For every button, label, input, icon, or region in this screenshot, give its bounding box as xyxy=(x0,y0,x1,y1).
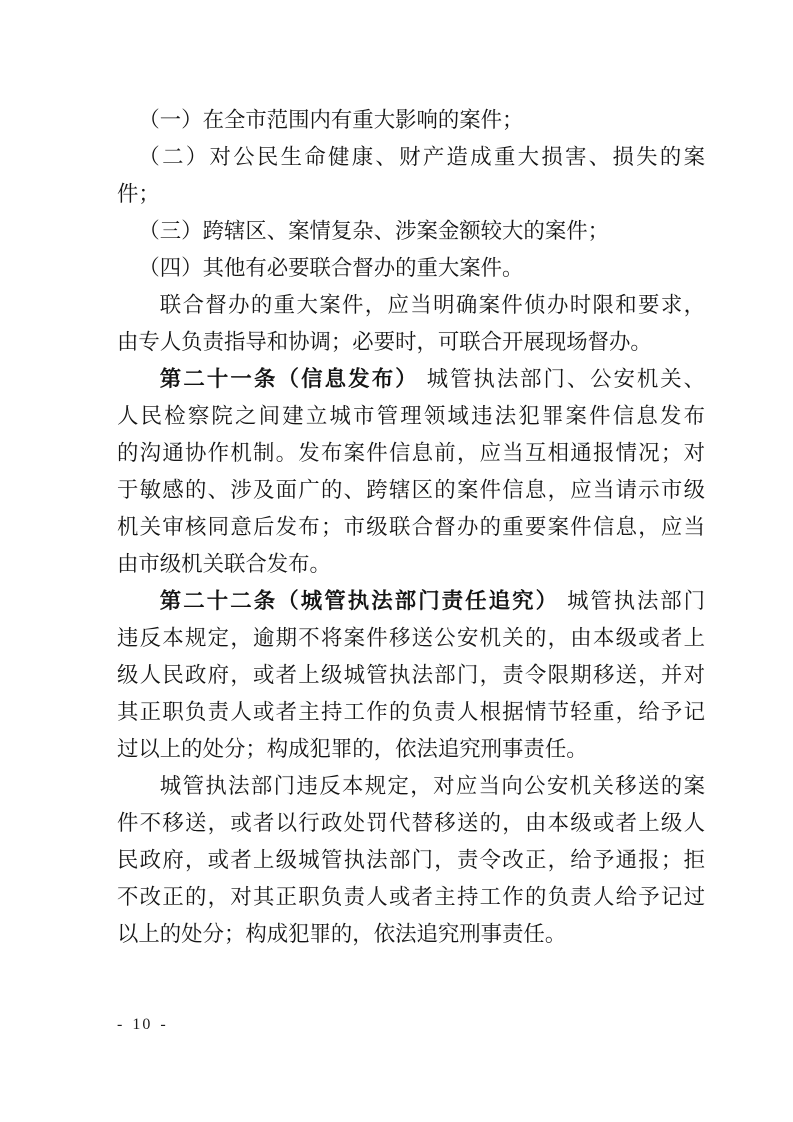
line-text: 过以上的处分；构成犯罪的，依法追究刑事责任。 xyxy=(117,737,588,761)
line-text: （二）对公民生命健康、财产造成重大损害、损失的案 xyxy=(138,145,705,169)
text-line: 联合督办的重大案件，应当明确案件侦办时限和要求， xyxy=(117,287,705,324)
text-line: 件； xyxy=(117,176,705,213)
article-heading-line: 第二十二条（城管执法部门责任追究）城管执法部门 xyxy=(117,583,705,620)
text-line: 城管执法部门违反本规定，对应当向公安机关移送的案 xyxy=(117,768,705,805)
text-line: 于敏感的、涉及面广的、跨辖区的案件信息，应当请示市级 xyxy=(117,472,705,509)
line-text: 违反本规定，逾期不将案件移送公安机关的，由本级或者上 xyxy=(117,626,705,650)
line-text: 件不移送，或者以行政处罚代替移送的，由本级或者上级人 xyxy=(117,811,705,835)
line-text: （一）在全市范围内有重大影响的案件； xyxy=(138,108,523,132)
text-line: 违反本规定，逾期不将案件移送公安机关的，由本级或者上 xyxy=(117,620,705,657)
text-line: 不改正的，对其正职负责人或者主持工作的负责人给予记过 xyxy=(117,879,705,916)
line-text: 以上的处分；构成犯罪的，依法追究刑事责任。 xyxy=(117,922,566,946)
text-line: 民政府，或者上级城管执法部门，责令改正，给予通报；拒 xyxy=(117,842,705,879)
article-heading: 第二十一条（信息发布） xyxy=(160,367,419,391)
line-text: 其正职负责人或者主持工作的负责人根据情节轻重，给予记 xyxy=(117,700,705,724)
text-line: 人民检察院之间建立城市管理领域违法犯罪案件信息发布 xyxy=(117,398,705,435)
article-heading-line: 第二十一条（信息发布）城管执法部门、公安机关、 xyxy=(117,361,705,398)
document-page: （一）在全市范围内有重大影响的案件； （二）对公民生命健康、财产造成重大损害、损… xyxy=(0,0,793,1122)
line-text: （三）跨辖区、案情复杂、涉案金额较大的案件； xyxy=(138,219,609,243)
document-body: （一）在全市范围内有重大影响的案件； （二）对公民生命健康、财产造成重大损害、损… xyxy=(117,102,705,953)
line-text: 级人民政府，或者上级城管执法部门，责令限期移送，并对 xyxy=(117,663,705,687)
page-number: - 10 - xyxy=(117,1015,168,1035)
line-text: 机关审核同意后发布；市级联合督办的重要案件信息，应当 xyxy=(117,515,705,539)
line-text: 联合督办的重大案件，应当明确案件侦办时限和要求， xyxy=(160,293,705,317)
list-item-line: （一）在全市范围内有重大影响的案件； xyxy=(117,102,705,139)
line-text: 件； xyxy=(117,182,160,206)
text-line: 过以上的处分；构成犯罪的，依法追究刑事责任。 xyxy=(117,731,705,768)
line-text: 由专人负责指导和协调；必要时，可联合开展现场督办。 xyxy=(117,330,652,354)
line-text: 的沟通协作机制。发布案件信息前，应当互相通报情况；对 xyxy=(117,441,705,465)
text-line: 级人民政府，或者上级城管执法部门，责令限期移送，并对 xyxy=(117,657,705,694)
text-line: 以上的处分；构成犯罪的，依法追究刑事责任。 xyxy=(117,916,705,953)
text-line: 其正职负责人或者主持工作的负责人根据情节轻重，给予记 xyxy=(117,694,705,731)
article-heading: 第二十二条（城管执法部门责任追究） xyxy=(160,589,559,613)
list-item-line: （三）跨辖区、案情复杂、涉案金额较大的案件； xyxy=(117,213,705,250)
text-line: 机关审核同意后发布；市级联合督办的重要案件信息，应当 xyxy=(117,509,705,546)
line-text: 由市级机关联合发布。 xyxy=(117,552,331,576)
line-text: 于敏感的、涉及面广的、跨辖区的案件信息，应当请示市级 xyxy=(117,478,705,502)
text-line: 的沟通协作机制。发布案件信息前，应当互相通报情况；对 xyxy=(117,435,705,472)
line-text: 民政府，或者上级城管执法部门，责令改正，给予通报；拒 xyxy=(117,848,705,872)
line-text: 城管执法部门、公安机关、 xyxy=(427,367,705,391)
text-line: 由市级机关联合发布。 xyxy=(117,546,705,583)
text-line: 件不移送，或者以行政处罚代替移送的，由本级或者上级人 xyxy=(117,805,705,842)
line-text: 人民检察院之间建立城市管理领域违法犯罪案件信息发布 xyxy=(117,404,705,428)
text-line: 由专人负责指导和协调；必要时，可联合开展现场督办。 xyxy=(117,324,705,361)
line-text: 不改正的，对其正职负责人或者主持工作的负责人给予记过 xyxy=(117,885,705,909)
list-item-line: （四）其他有必要联合督办的重大案件。 xyxy=(117,250,705,287)
line-text: 城管执法部门违反本规定，对应当向公安机关移送的案 xyxy=(160,774,705,798)
line-text: 城管执法部门 xyxy=(567,589,705,613)
list-item-line: （二）对公民生命健康、财产造成重大损害、损失的案 xyxy=(117,139,705,176)
line-text: （四）其他有必要联合督办的重大案件。 xyxy=(138,256,523,280)
